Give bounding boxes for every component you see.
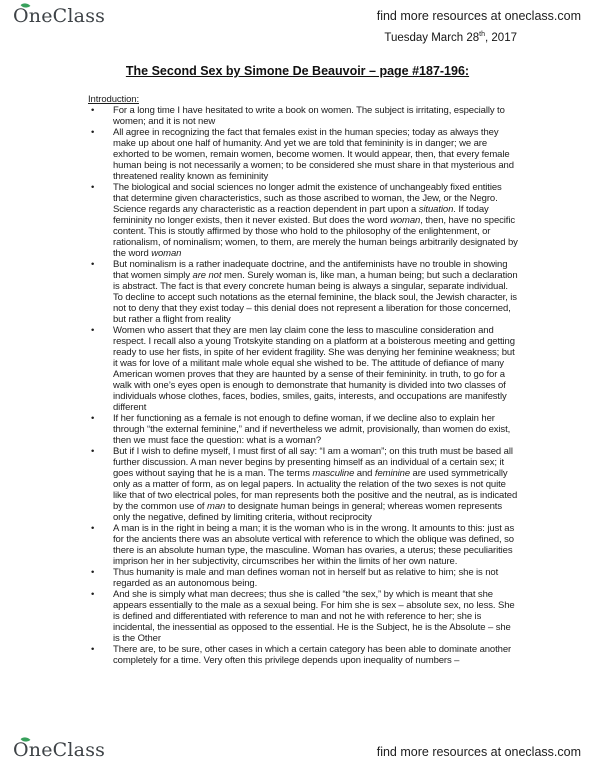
italic-text-segment: man — [207, 501, 225, 512]
list-item: Women who assert that they are men lay c… — [88, 325, 518, 413]
list-item: But if I wish to define myself, I must f… — [88, 446, 518, 523]
list-item: For a long time I have hesitated to writ… — [88, 105, 518, 127]
bullet-list: For a long time I have hesitated to writ… — [88, 105, 518, 666]
italic-text-segment: are not — [193, 270, 222, 281]
logo-text: OneClass — [13, 739, 105, 761]
oneclass-logo: OneClass — [13, 5, 105, 27]
italic-text-segment: woman — [151, 248, 181, 259]
list-item: Thus humanity is male and man defines wo… — [88, 567, 518, 589]
header-watermark-link[interactable]: find more resources at oneclass.com — [377, 9, 581, 23]
document-page: OneClass find more resources at oneclass… — [0, 0, 595, 770]
text-segment: Women who assert that they are men lay c… — [113, 325, 515, 413]
list-item: There are, to be sure, other cases in wh… — [88, 644, 518, 666]
document-content: Introduction: For a long time I have hes… — [88, 94, 518, 666]
footer-watermark-link[interactable]: find more resources at oneclass.com — [377, 745, 581, 759]
page-title: The Second Sex by Simone De Beauvoir – p… — [0, 64, 595, 78]
text-segment: A man is in the right in being a man; it… — [113, 523, 514, 567]
section-heading: Introduction: — [88, 94, 518, 105]
text-segment: For a long time I have hesitated to writ… — [113, 105, 505, 127]
list-item: And she is simply what man decrees; thus… — [88, 589, 518, 644]
text-segment: And she is simply what man decrees; thus… — [113, 589, 515, 644]
text-segment: Thus humanity is male and man defines wo… — [113, 567, 498, 589]
date-suffix: , 2017 — [485, 32, 517, 44]
text-segment: There are, to be sure, other cases in wh… — [113, 644, 511, 666]
list-item: The biological and social sciences no lo… — [88, 182, 518, 259]
text-segment: and — [354, 468, 375, 479]
list-item: All agree in recognizing the fact that f… — [88, 127, 518, 182]
list-item: But nominalism is a rather inadequate do… — [88, 259, 518, 325]
italic-text-segment: situation — [419, 204, 453, 215]
list-item: If her functioning as a female is not en… — [88, 413, 518, 446]
logo-text: OneClass — [13, 5, 105, 27]
date-prefix: Tuesday March 28 — [384, 32, 479, 44]
oneclass-logo-footer: OneClass — [13, 739, 105, 761]
list-item: A man is in the right in being a man; it… — [88, 523, 518, 567]
date-line: Tuesday March 28th, 2017 — [384, 32, 517, 44]
text-segment: If her functioning as a female is not en… — [113, 413, 510, 446]
italic-text-segment: woman — [390, 215, 420, 226]
text-segment: All agree in recognizing the fact that f… — [113, 127, 514, 182]
italic-text-segment: feminine — [375, 468, 410, 479]
italic-text-segment: masculine — [312, 468, 354, 479]
